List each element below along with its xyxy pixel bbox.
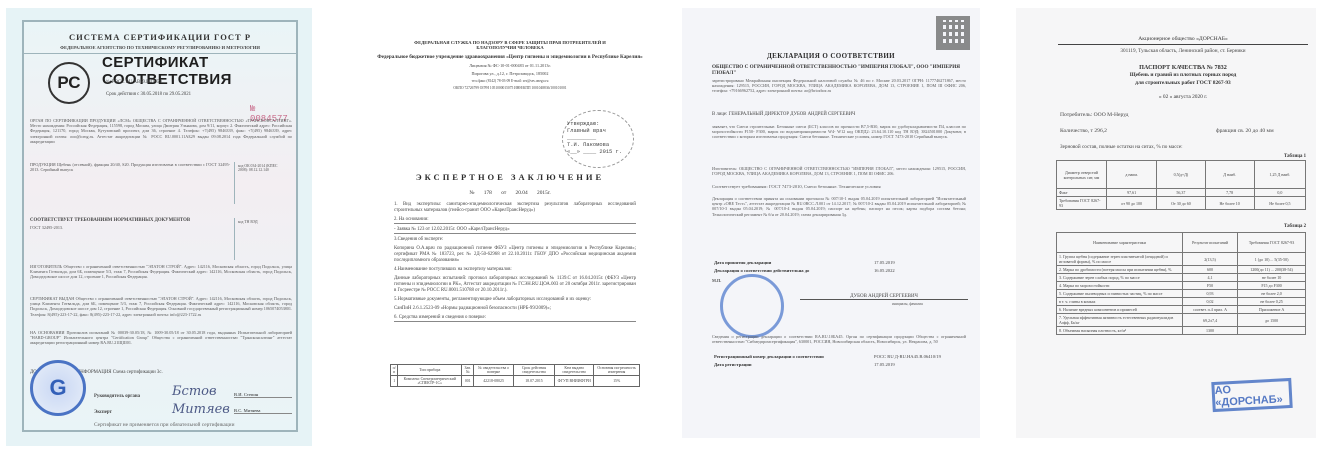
approval-line: Т.И. Пакомова: [567, 142, 633, 149]
table2-label: Таблица 2: [1284, 224, 1306, 229]
registration-details: Сведения о регистрации декларации о соот…: [712, 334, 966, 344]
table-header: д наим.: [1107, 161, 1157, 189]
table-cell: не более 0,25: [1238, 298, 1306, 306]
conclusion-title: ЭКСПЕРТНОЕ ЗАКЛЮЧЕНИЕ: [360, 172, 660, 182]
valid-until-row: Декларация о соответствии действительна …: [714, 268, 964, 273]
quality-passport-document[interactable]: Акционерное общество «ДОРСНАБ» 301119, Т…: [1016, 8, 1316, 438]
acceptance-date-value: 17.05.2019: [874, 260, 964, 265]
table-cell: 18.07.2015: [513, 376, 554, 387]
conclusion-body: 1. Вид экспертизы: санитарно-эпидемиолог…: [394, 202, 636, 325]
reg-number-value: РОСС RU Д-RU.НА45.В.06410/19: [874, 354, 964, 359]
table-cell: 42218-08025: [474, 376, 513, 387]
table-cell: 0,02: [1183, 298, 1238, 306]
table-cell: 7,78: [1205, 189, 1254, 197]
table-header: № свидетельства о поверке: [474, 365, 513, 376]
certificate-footer: Сертификат не применяется при обязательн…: [94, 422, 294, 428]
institution-address: Пирогова ул., д.12, г. Петрозаводск, 185…: [360, 71, 660, 76]
table-header-row: п/п Тип прибора Зав. № № свидетельства о…: [391, 365, 640, 376]
head-label: Руководитель органа: [94, 394, 174, 399]
table-cell: F15 до F300: [1238, 282, 1306, 290]
passport-title: ПАСПОРТ КАЧЕСТВА № 7832: [1058, 64, 1308, 71]
table-cell: Требования ГОСТ 8267-93: [1057, 197, 1107, 210]
table-cell: 0,93: [1183, 290, 1238, 298]
head-name: В.И. Степин: [234, 392, 292, 398]
table-cell: ФГУП ВНИИФТРИ: [555, 376, 594, 387]
table-row: 7. Удельная эффективная активность естес…: [1057, 314, 1306, 327]
contact-info: тел./факс (8142) 78-03-09 E-mail: ses@se…: [360, 79, 660, 83]
consumer: Потребитель: ООО М-Неруд: [1060, 112, 1129, 118]
table-cell: 97,61: [1107, 189, 1157, 197]
requirements-info: Соответствует требованиям: ГОСТ 7473-201…: [712, 184, 966, 189]
conclusion-item: 2. На основании:: [394, 217, 636, 224]
signer-name: ДУБОВ АНДРЕЙ СЕРГЕЕВИЧ: [800, 294, 968, 300]
conformity-heading: СООТВЕТСТВУЕТ ТРЕБОВАНИЯМ НОРМАТИВНЫХ ДО…: [30, 218, 230, 223]
table-cell: 69,2±7,4: [1183, 314, 1238, 327]
certificate-number: № РОСС RU.АВ29.Н43759: [106, 80, 162, 85]
table-cell: не более 2,0: [1238, 290, 1306, 298]
passport-subtitle: Щебень и гравий из плотных горных пород: [1058, 72, 1308, 78]
table-cell: Не более 0,5: [1254, 197, 1305, 210]
declarant-person: В лице: ГЕНЕРАЛЬНЫЙ ДИРЕКТОР ДУБОВ АНДРЕ…: [712, 112, 966, 117]
table-cell: 56,37: [1157, 189, 1205, 197]
table-cell: 5. Содержание пылевидных и глинистых час…: [1057, 290, 1183, 298]
product-code-box: код ОК 034-2014 (КПЕС 2008): 08.12.12.14…: [234, 162, 290, 204]
table-row: 6. Наличие вредных компонентов и примесе…: [1057, 306, 1306, 314]
expert-conclusion-document[interactable]: ФЕДЕРАЛЬНАЯ СЛУЖБА ПО НАДЗОРУ В СФЕРЕ ЗА…: [360, 10, 660, 448]
table-cell: 1200(до 11) ... 200(38-54): [1238, 266, 1306, 274]
table-cell: от 90 до 100: [1107, 197, 1157, 210]
approval-stamp: Утверждаю: Главный врач _________ Т.И. П…: [562, 110, 634, 168]
table-header: Д наиб.: [1205, 161, 1254, 189]
table-cell: [1238, 327, 1306, 335]
table-cell: Приложение А: [1238, 306, 1306, 314]
table-cell: Не более 10: [1205, 197, 1254, 210]
declaration-document[interactable]: ДЕКЛАРАЦИЯ О СООТВЕТСТВИИ ОБЩЕСТВО С ОГР…: [682, 8, 980, 438]
certification-organ: ОРГАН ПО СЕРТИФИКАЦИИ ПРОДУКЦИИ «ЛСМ» ОБ…: [30, 118, 292, 144]
table-cell: 4. Марка по морозостойкости: [1057, 282, 1183, 290]
conclusion-item: 1. Вид экспертизы: санитарно-эпидемиолог…: [394, 202, 636, 214]
agency-name: ФЕДЕРАЛЬНОЕ АГЕНТСТВО ПО ТЕХНИЧЕСКОМУ РЕ…: [24, 45, 296, 54]
table-header: Требования ГОСТ 8267-93: [1238, 233, 1306, 253]
table-cell: до 1500: [1238, 314, 1306, 327]
table-row: 5. Содержание пылевидных и глинистых час…: [1057, 290, 1306, 298]
table-header: Наименование характеристики: [1057, 233, 1183, 253]
registry-codes: ОКПО 72726799 ОГРН 1051000015075 ИНН/КПП…: [360, 86, 660, 90]
table-cell: Комплекс Спектрометрический «СПЕКТР-1С»: [398, 376, 462, 387]
grain-table: Диаметр отверстий контрольных сит, мм д …: [1056, 160, 1306, 210]
table-header: п/п: [391, 365, 398, 376]
grain-composition: Зерновой состав, полные остатки на ситах…: [1060, 144, 1183, 150]
conclusion-item: - Заявка № 123 от 12.02.2015г. ООО «Каре…: [394, 227, 636, 234]
table-cell: 1: [391, 376, 398, 387]
table1-label: Таблица 1: [1284, 154, 1306, 159]
table-row: 8. Объемная насыпная плотность, кг/м³130…: [1057, 327, 1306, 335]
declaration-statement: заявляет, что Смеси строительные. Бетонн…: [712, 124, 966, 140]
expert-label: Эксперт: [94, 410, 154, 415]
reg-date-value: 17.05.2019: [874, 362, 964, 367]
acceptance-date-row: Дата принятия декларации 17.05.2019: [714, 260, 964, 265]
table-header: Тип прибора: [398, 365, 462, 376]
table-header: Зав. №: [462, 365, 474, 376]
table-row: 3. Содержание зерен слабых пород, % по м…: [1057, 274, 1306, 282]
declaration-title: ДЕКЛАРАЦИЯ О СООТВЕТСТВИИ: [682, 52, 980, 60]
quantity: Количество, т 296,2: [1060, 128, 1107, 134]
dorsnab-stamp: АО «ДОРСНАБ»: [1211, 378, 1292, 412]
certificate-document[interactable]: СИСТЕМА СЕРТИФИКАЦИИ ГОСТ Р ФЕДЕРАЛЬНОЕ …: [6, 8, 312, 446]
signer-caption: инициалы, фамилия: [892, 302, 962, 307]
table-row: 2. Марка по дробимости (потеря массы при…: [1057, 266, 1306, 274]
table-header: 0,5(д+Д): [1157, 161, 1205, 189]
manufacturer-info: Изготовитель: ОБЩЕСТВО С ОГРАНИЧЕННОЙ ОТ…: [712, 166, 966, 176]
conclusion-item: 5.Нормативные документы, регламентирующи…: [394, 297, 636, 303]
registration-info: зарегистрировано Межрайонная инспекция Ф…: [712, 78, 966, 94]
table-cell: Факт: [1057, 189, 1107, 197]
acceptance-date-label: Дата принятия декларации: [714, 260, 771, 265]
table-header: Диаметр отверстий контрольных сит, мм: [1057, 161, 1107, 189]
license-info: Лицензия № ФС-10-01-000483 от 01.11.2013…: [360, 63, 660, 68]
table-row: 1 Комплекс Спектрометрический «СПЕКТР-1С…: [391, 376, 640, 387]
basis-info: Декларация о соответствии принята на осн…: [712, 196, 966, 217]
certificate-validity: Срок действия с 30.05.2018 по 29.05.2021: [106, 92, 191, 97]
rst-logo-icon: РС: [48, 62, 90, 104]
instruments-table: п/п Тип прибора Зав. № № свидетельства о…: [390, 364, 640, 387]
passport-subtitle: для строительных работ ГОСТ 8267-93: [1058, 80, 1308, 86]
approval-line: Утверждаю:: [567, 121, 633, 128]
table-cell: в т. ч. глины в комках: [1057, 298, 1183, 306]
conclusion-item: 6. Средства измерений и сведения о повер…: [394, 315, 636, 322]
table-header: Результат испытаний: [1183, 233, 1238, 253]
table-cell: 001: [462, 376, 474, 387]
table-cell: 4,1: [1183, 274, 1238, 282]
table-cell: 15%: [594, 376, 640, 387]
table-cell: 1. Группа щебня (содержание зерен пласти…: [1057, 253, 1183, 266]
characteristics-table: Наименование характеристики Результат ис…: [1056, 232, 1306, 335]
certification-stamp-icon: G: [30, 360, 86, 416]
table-cell: F50: [1183, 282, 1238, 290]
table-cell: соответ. п.4 прил. А: [1183, 306, 1238, 314]
table-header: Кем выдано свидетельство: [555, 365, 594, 376]
service-name: ФЕДЕРАЛЬНАЯ СЛУЖБА ПО НАДЗОРУ В СФЕРЕ ЗА…: [360, 40, 660, 50]
declaration-stamp-icon: [720, 274, 784, 338]
table-cell: 8. Объемная насыпная плотность, кг/м³: [1057, 327, 1183, 335]
table-cell: От 30 до 60: [1157, 197, 1205, 210]
passport-date: « 02 » августа 2020 г.: [1058, 94, 1308, 100]
conclusion-number: № 178 от 20.04 2015г.: [360, 190, 660, 196]
table-cell: 0,0: [1254, 189, 1305, 197]
valid-until-value: 16.05.2022: [874, 268, 964, 273]
qr-code-icon: [936, 16, 970, 50]
fraction: фракция св. 20 до 40 мм: [1216, 128, 1274, 134]
table-header: Срок действия свидетельства: [513, 365, 554, 376]
company-address: 301119, Тульская область, Ленинский райо…: [1058, 48, 1308, 54]
company-name: Акционерное общество «ДОРСНАБ»: [1058, 36, 1308, 45]
reg-number-label: Регистрационный номер декларации о соотв…: [714, 354, 824, 359]
conclusion-item: 3.Сведения об эксперте:: [394, 237, 636, 243]
reg-date-label: Дата регистрации: [714, 362, 752, 367]
approval-line: «__» ____ 2015 г.: [567, 149, 633, 156]
table-cell: 7. Удельная эффективная активность естес…: [1057, 314, 1183, 327]
certification-system: СИСТЕМА СЕРТИФИКАЦИИ ГОСТ Р: [24, 32, 296, 42]
head-signature: Бстов: [172, 384, 217, 399]
certificate-frame: СИСТЕМА СЕРТИФИКАЦИИ ГОСТ Р ФЕДЕРАЛЬНОЕ …: [22, 20, 298, 432]
conclusion-item: Данные лабораторных испытаний: протокол …: [394, 276, 636, 294]
approval-line: _________: [567, 135, 633, 142]
table-cell: 1300: [1183, 327, 1238, 335]
reg-date-row: Дата регистрации 17.05.2019: [714, 362, 964, 367]
conclusion-item: Копорина О.А.врач по радиационной гигиен…: [394, 246, 636, 264]
expert-name: В.С. Митяева: [234, 408, 292, 414]
table-row: 4. Марка по морозостойкостиF50F15 до F30…: [1057, 282, 1306, 290]
table-cell: 3. Содержание зерен слабых пород, % по м…: [1057, 274, 1183, 282]
expert-signature: Митяев: [172, 402, 230, 417]
table-cell: 2(13,5): [1183, 253, 1238, 266]
table-header-row: Наименование характеристики Результат ис…: [1057, 233, 1306, 253]
table-row: Требования ГОСТ 8267-93 от 90 до 100 От …: [1057, 197, 1306, 210]
table-cell: не более 10: [1238, 274, 1306, 282]
table-header-row: Диаметр отверстий контрольных сит, мм д …: [1057, 161, 1306, 189]
valid-until-label: Декларация о соответствии действительна …: [714, 268, 809, 273]
table-cell: 1 (до 10) ... 5(35-50): [1238, 253, 1306, 266]
table-row: в т. ч. глины в комках0,02не более 0,25: [1057, 298, 1306, 306]
table-header: Основная погрешность измерения: [594, 365, 640, 376]
table-cell: 600: [1183, 266, 1238, 274]
table-row: 1. Группа щебня (содержание зерен пласти…: [1057, 253, 1306, 266]
approval-line: Главный врач: [567, 128, 633, 135]
product-info: ПРОДУКЦИЯ Щебень (отсевной), фракция 20/…: [30, 162, 230, 172]
declarant-org: ОБЩЕСТВО С ОГРАНИЧЕННОЙ ОТВЕТСТВЕННОСТЬЮ…: [712, 64, 962, 77]
conclusion-item: 4.Наименование поступивших на экспертизу…: [394, 267, 636, 273]
issued-to-info: СЕРТИФИКАТ ВЫДАН Общество с ограниченной…: [30, 296, 292, 317]
table-cell: 2. Марка по дробимости (потеря массы при…: [1057, 266, 1183, 274]
table-row: Факт 97,61 56,37 7,78 0,0: [1057, 189, 1306, 197]
table-cell: 6. Наличие вредных компонентов и примесе…: [1057, 306, 1183, 314]
tnved-code-box: код ТН ВЭД: [234, 218, 290, 260]
conclusion-item: СанПиН 2.6.1.2523-09 «Нормы радиационной…: [394, 306, 636, 312]
institution-name: Федеральное бюджетное учреждение здравоо…: [360, 54, 660, 60]
reg-number-row: Регистрационный номер декларации о соотв…: [714, 354, 964, 359]
manufacturer-info: ИЗГОТОВИТЕЛЬ Общество с ограниченной отв…: [30, 264, 292, 280]
basis-info: НА ОСНОВАНИИ Протоколов испытаний № 0003…: [30, 330, 292, 346]
table-header: 1,25 Д наиб.: [1254, 161, 1305, 189]
